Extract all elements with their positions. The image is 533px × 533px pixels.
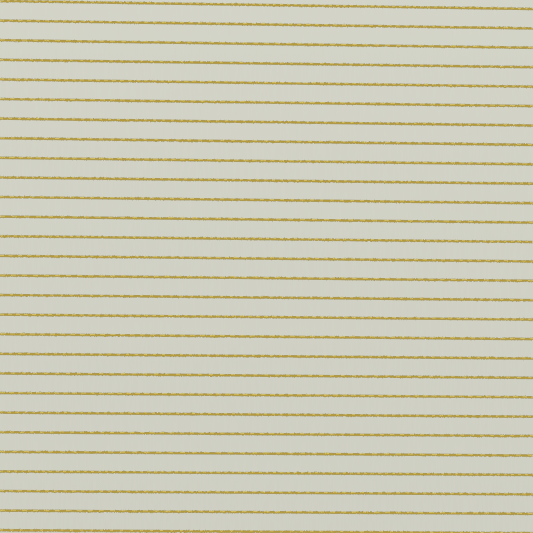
fabric-texture: Close-up of sheer cream fabric with thin… <box>0 0 533 533</box>
gold-stripes <box>0 0 533 533</box>
